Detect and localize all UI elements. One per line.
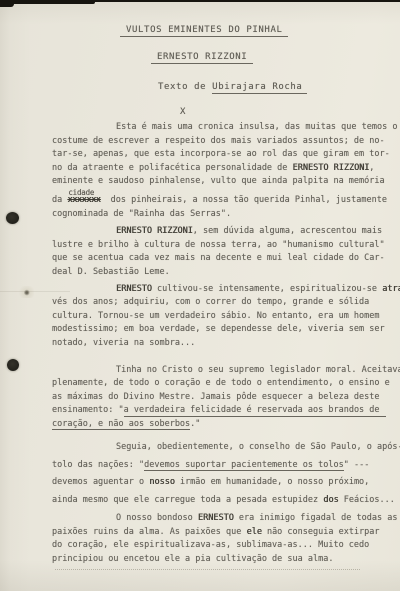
text-segment: Feácios... — [339, 495, 395, 505]
document-subtitle: ERNESTO RIZZONI — [152, 52, 252, 62]
paragraph: Esta é mais uma cronica insulsa, das mui… — [52, 121, 398, 221]
byline-prefix: Texto de — [158, 82, 212, 92]
hole-punch-bottom — [7, 359, 19, 371]
paragraph: Tinha no Cristo o seu supremo legislador… — [52, 364, 398, 432]
text-line: cognominada de "Rainha das Serras". — [52, 208, 398, 222]
text-line: Tinha no Cristo o seu supremo legislador… — [52, 364, 398, 378]
text-segment: a verdadeira felicidade é reservada aos … — [124, 405, 386, 417]
text-segment: ainda mesmo que ele carregue toda a pesa… — [52, 495, 323, 505]
text-segment: dos — [323, 495, 338, 505]
text-segment: do coração, ele espiritualizava-as, subl… — [52, 540, 369, 550]
text-segment: ERNESTO RIZZONI — [116, 226, 193, 236]
text-segment: Tinha no Cristo o seu supremo legislador… — [116, 365, 400, 375]
text-segment: paixões ruins da alma. As paixões que — [52, 527, 246, 537]
text-line: tolo das nações: "devemos suportar pacie… — [52, 457, 398, 474]
text-line: Esta é mais uma cronica insulsa, das mui… — [52, 121, 398, 135]
text-segment: tar-se, apenas, que esta incorpora-se ao… — [52, 149, 390, 159]
inserted-word: cidade — [68, 186, 94, 200]
text-line: no da atraente e polifacética personalid… — [52, 162, 398, 176]
text-segment: no da atraente e polifacética personalid… — [52, 163, 293, 173]
text-segment: principiou ou encetou ele a pia cultivaç… — [52, 554, 333, 564]
typed-correction: cidadexxxxxxx — [67, 194, 100, 208]
text-segment: notado, viveria na sombra... — [52, 338, 195, 348]
paragraph: Seguia, obedientemente, o conselho de Sã… — [52, 439, 398, 509]
text-line: do coração, ele espiritualizava-as, subl… — [52, 539, 398, 553]
text-line: ERNESTO cultivou-se intensamente, espiri… — [52, 283, 398, 297]
text-segment: as máximas do Divino Mestre. Jamais pôde… — [52, 392, 380, 402]
text-line: ERNESTO RIZZONI, sem dúvida alguma, acre… — [52, 225, 398, 239]
text-line: costume de escrever a respeito dos mais … — [52, 135, 398, 149]
text-line: que se acentua cada vez mais na decente … — [52, 252, 398, 266]
scan-top-edge-left — [0, 0, 95, 4]
text-line: paixões ruins da alma. As paixões que el… — [52, 526, 398, 540]
document-title: VULTOS EMINENTES DO PINHAL — [121, 25, 287, 35]
text-line: vés dos anos; adquiriu, com o correr do … — [52, 296, 398, 310]
section-number: X — [180, 107, 186, 117]
text-segment: ERNESTO RIZZONI — [293, 163, 370, 173]
text-segment: era inimigo figadal de todas as — [234, 513, 398, 523]
text-line: O nosso bondoso ERNESTO era inimigo figa… — [52, 512, 398, 526]
text-segment: que se acentua cada vez mais na decente … — [52, 253, 385, 263]
paragraph: ERNESTO cultivou-se intensamente, espiri… — [52, 283, 398, 351]
text-segment: modestissimo; em boa verdade, se depende… — [52, 324, 385, 334]
text-segment: , sem dúvida alguma, acrescentou mais — [193, 226, 382, 236]
scanned-page: VULTOS EMINENTES DO PINHAL ERNESTO RIZZO… — [0, 0, 400, 591]
text-segment: tolo das nações: " — [52, 460, 144, 470]
document-body: Esta é mais uma cronica insulsa, das mui… — [52, 121, 398, 566]
text-segment: cultura. Tornou-se um verdadeiro sábio. … — [52, 311, 380, 321]
text-segment: O nosso bondoso — [116, 513, 198, 523]
text-line: ainda mesmo que ele carregue toda a pesa… — [52, 492, 398, 509]
text-line: deal D. Sebastião Leme. — [52, 266, 398, 280]
paragraph: O nosso bondoso ERNESTO era inimigo figa… — [52, 512, 398, 566]
text-line: cultura. Tornou-se um verdadeiro sábio. … — [52, 310, 398, 324]
scan-top-corner — [0, 0, 14, 7]
text-line: coração, e não aos soberbos." — [52, 418, 398, 432]
text-segment: devemos suportar pacientemente os tolos — [144, 460, 344, 472]
text-segment: cultivou-se intensamente, espiritualizou… — [152, 284, 382, 294]
text-segment: ERNESTO — [198, 513, 234, 523]
text-segment: vés dos anos; adquiriu, com o correr do … — [52, 297, 369, 307]
text-line: tar-se, apenas, que esta incorpora-se ao… — [52, 148, 398, 162]
byline-author: Ubirajara Rocha — [212, 82, 307, 94]
text-line: lustre e brilho à cultura de nossa terra… — [52, 239, 398, 253]
text-segment: ele — [246, 527, 261, 537]
text-segment: ensinamento: " — [52, 405, 124, 415]
text-segment: Esta é mais uma cronica insulsa, das mui… — [116, 122, 397, 132]
text-segment: devemos aguentar o — [52, 477, 149, 487]
text-segment: irmão em humanidade, o nosso próximo, — [175, 477, 369, 487]
text-segment: eminente e saudoso pinhalense, vulto que… — [52, 176, 385, 186]
text-segment: costume de escrever a respeito dos mais … — [52, 136, 385, 146]
text-line: devemos aguentar o nosso irmão em humani… — [52, 474, 398, 491]
text-line: principiou ou encetou ele a pia cultivaç… — [52, 553, 398, 567]
text-segment: cognominada de "Rainha das Serras". — [52, 209, 231, 219]
text-line: ensinamento: "a verdadeira felicidade é … — [52, 404, 398, 418]
text-segment: deal D. Sebastião Leme. — [52, 267, 170, 277]
text-segment: plenamente, de todo o coração e de todo … — [52, 378, 390, 388]
text-segment: " --- — [344, 460, 370, 470]
text-line: notado, viveria na sombra... — [52, 337, 398, 351]
text-segment: coração, e não aos soberbos — [52, 419, 190, 431]
text-segment: nosso — [149, 477, 175, 487]
paragraph: ERNESTO RIZZONI, sem dúvida alguma, acre… — [52, 225, 398, 279]
text-line: Seguia, obedientemente, o conselho de Sã… — [52, 439, 398, 456]
text-segment: ERNESTO — [116, 284, 152, 294]
text-line: modestissimo; em boa verdade, se depende… — [52, 323, 398, 337]
text-segment: , — [369, 163, 374, 173]
text-segment: atra- — [382, 284, 400, 294]
text-segment: dos pinheirais, a nossa tão querida Pinh… — [100, 195, 387, 205]
text-line: da cidadexxxxxxx dos pinheirais, a nossa… — [52, 194, 398, 208]
text-segment: não conseguia extirpar — [262, 527, 380, 537]
text-segment: Seguia, obedientemente, o conselho de Sã… — [116, 442, 400, 452]
text-line: eminente e saudoso pinhalense, vulto que… — [52, 175, 398, 189]
text-segment: da — [52, 195, 67, 205]
byline: Texto de Ubirajara Rocha — [158, 82, 307, 92]
text-line: plenamente, de todo o coração e de todo … — [52, 377, 398, 391]
text-segment: ." — [190, 419, 200, 429]
bottom-fold-line — [55, 569, 360, 570]
hole-punch-top — [6, 212, 19, 224]
document-subtitle-text: ERNESTO RIZZONI — [151, 52, 253, 64]
paper-blemish — [18, 286, 34, 298]
text-segment: lustre e brilho à cultura de nossa terra… — [52, 240, 385, 250]
text-line: as máximas do Divino Mestre. Jamais pôde… — [52, 391, 398, 405]
document-title-text: VULTOS EMINENTES DO PINHAL — [120, 25, 288, 37]
